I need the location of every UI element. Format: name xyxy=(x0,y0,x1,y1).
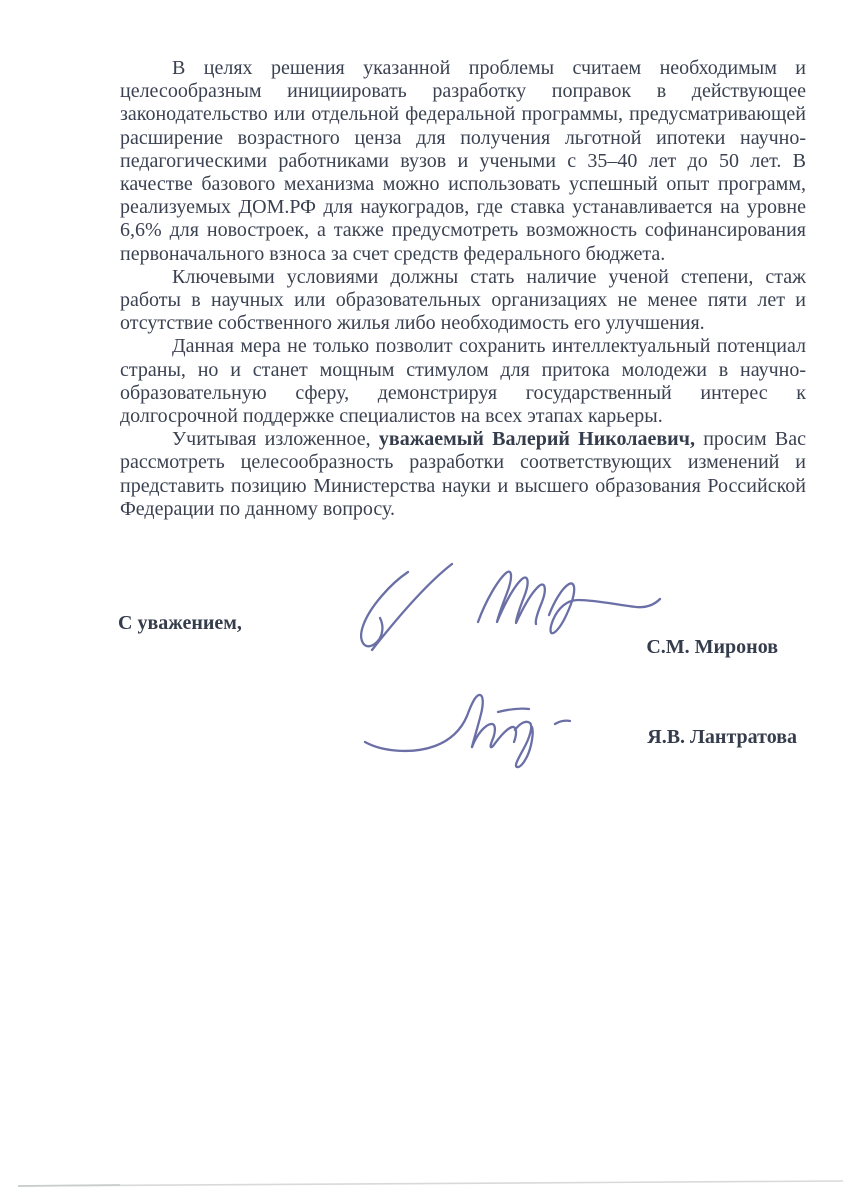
paragraph-rationale: Данная мера не только позволит сохранить… xyxy=(120,335,806,428)
letter-body-text: В целях решения указанной проблемы счита… xyxy=(120,57,806,521)
paragraph-conditions: Ключевыми условиями должны стать наличие… xyxy=(120,266,806,336)
lantratova-signature xyxy=(363,688,581,772)
mironov-signature xyxy=(356,560,662,660)
paragraph-proposal: В целях решения указанной проблемы счита… xyxy=(120,57,806,266)
paragraph-request: Учитывая изложенное, уважаемый Валерий Н… xyxy=(120,428,806,521)
signatory-name-mironov: С.М. Миронов xyxy=(646,636,778,659)
letter-page: В целях решения указанной проблемы счита… xyxy=(0,0,849,1200)
scan-edge-line xyxy=(0,1176,849,1190)
request-text-before: Учитывая изложенное, xyxy=(172,428,379,450)
addressee-name-bold: уважаемый Валерий Николаевич, xyxy=(379,428,695,450)
signatory-name-lantratova: Я.В. Лантратова xyxy=(647,726,797,749)
closing-salutation: С уважением, xyxy=(118,612,242,635)
